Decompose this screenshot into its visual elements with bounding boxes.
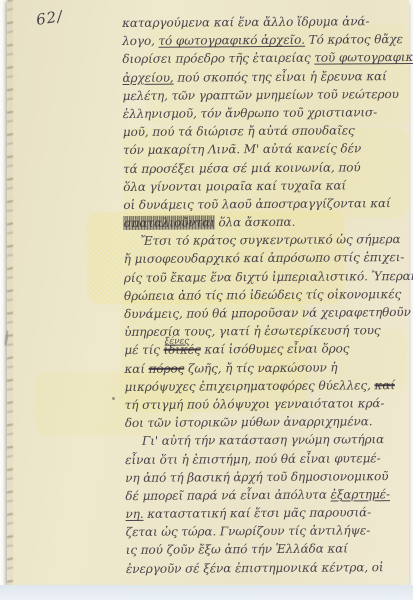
text-segment: ζεται ὡς τώρα. Γνωρίζουν τίς ἀντιλήψε- (126, 524, 371, 540)
manuscript-line: ἤ μισοφεουδαρχικό καί ἀπρόσωπο στίς ἐπιχ… (124, 248, 410, 268)
underline-text: ἀρχείου, (122, 70, 173, 84)
manuscript-line: λογο, τό φωτογραφικό ἀρχεῖο. Τό κράτος θ… (122, 30, 408, 50)
manuscript-line: νη ἀπό τή βασική ἀρχή τοῦ δημοσιονομικοῦ (125, 467, 411, 487)
manuscript-line: Γι' αὐτή τήν κατάσταση γνώμη σωτήρια (125, 430, 411, 450)
manuscript-line: μικρόψυχες ἐπιχειρηματοφόρες θύελλες, κα… (125, 376, 411, 396)
manuscript-line: εἶναι ὅτι ἡ ἐπιστήμη, πού θά εἶναι φυτεμ… (125, 448, 411, 468)
text-segment: ὅλα γίνονται μοιραῖα καί τυχαῖα καί (123, 178, 346, 194)
text-segment: ις πού ζοῦν ἔξω ἀπό τήν Ἑλλάδα καί (126, 542, 348, 558)
underline-text: τοῦ φωτογραφικοῦ (314, 50, 413, 65)
text-segment: τή στιγμή πού ὁλόψυχοι γενναιότατοι κρά- (125, 396, 385, 412)
text-segment: τόν μακαρίτη Λινᾶ. Μ' αὐτά κανείς δέν (123, 142, 361, 158)
scanner-background: 62/ καταργούμενα καί ἕνα ἄλλο ἵδρυμα ἀνά… (0, 0, 413, 600)
text-segment: ἑλληνισμοῦ, τόν ἄνθρωπο τοῦ χριστιανισ- (123, 105, 377, 121)
manuscript-line: δοι τῶν ἱστορικῶν μύθων ἀναρριχημένα. (125, 412, 411, 432)
paper-deckle-edge (7, 0, 13, 586)
text-segment: ὅλα ἄσκοπα. (215, 215, 296, 230)
strike-text: πόρος (149, 361, 185, 375)
underline-text: ἐξαρτημέ- (330, 487, 390, 501)
manuscript-line: οἱ δυνάμεις τοῦ λαοῦ ἀποστραγγίζονται κα… (123, 194, 409, 214)
text-segment: δυνάμεις, πού θά μποροῦσαν νά χειραφετηθ… (124, 305, 413, 321)
text-segment: διορίσει πρόεδρο τῆς ἑταιρείας (122, 51, 314, 66)
text-segment: ἤ μισοφεουδαρχικό καί ἀπρόσωπο στίς ἐπιχ… (124, 250, 405, 266)
manuscript-line: μοῦ, πού τά διώρισε ἤ αὐτά σπουδαῖες (123, 121, 409, 141)
text-segment: μοῦ, πού τά διώρισε ἤ αὐτά σπουδαῖες (123, 124, 355, 140)
text-segment: καί ἰσόθυμες εἶναι ὅρος (201, 342, 350, 357)
manuscript-line: δυνάμεις, πού θά μποροῦσαν νά χειραφετηθ… (124, 303, 410, 323)
text-segment: τά προσέξει μέσα σέ μιά κοινωνία, πού (123, 160, 361, 176)
manuscript-line: τόν μακαρίτη Λινᾶ. Μ' αὐτά κανείς δέν (123, 139, 409, 159)
manuscript-lines: καταργούμενα καί ἕνα ἄλλο ἵδρυμα ἀνά-λογ… (122, 12, 412, 578)
insert-text: ἰδικέςξένες (164, 343, 201, 357)
text-segment: μελέτη, τῶν γραπτῶν μνημείων τοῦ νεώτερο… (123, 87, 399, 103)
text-segment: πού σκοπός της εἶναι ἡ ἔρευνα καί (174, 69, 387, 84)
manuscript-line: ἑλληνισμοῦ, τόν ἄνθρωπο τοῦ χριστιανισ- (123, 103, 409, 123)
manuscript-line: διορίσει πρόεδρο τῆς ἑταιρείας τοῦ φωτογ… (122, 48, 408, 68)
manuscript-line: καί πόρος ζωῆς, ἤ τίς ναρκώσουν ἡ (124, 358, 410, 378)
text-segment: καταργούμενα καί ἕνα ἄλλο ἵδρυμα ἀνά- (122, 14, 369, 30)
manuscript-line: ἀρχείου, πού σκοπός της εἶναι ἡ ἔρευνα κ… (122, 67, 408, 87)
text-segment: μέ τίς (124, 343, 163, 357)
margin-ink-dot (112, 397, 115, 400)
text-segment: ζωῆς, ἤ τίς ναρκώσουν ἡ (184, 360, 337, 375)
text-segment: Τό κράτος θἄχε (305, 32, 403, 47)
inserted-word: ξένες (164, 333, 189, 351)
text-segment: εἶναι ὅτι ἡ ἐπιστήμη, πού θά εἶναι φυτεμ… (125, 451, 381, 467)
manuscript-line: καταργούμενα καί ἕνα ἄλλο ἵδρυμα ἀνά- (122, 12, 408, 32)
manuscript-line: δέ μπορεῖ παρά νά εἶναι ἀπόλυτα ἐξαρτημέ… (125, 485, 411, 505)
scribble-text: σπαταλιοῦνται (123, 215, 214, 230)
manuscript-line: Ἔτσι τό κράτος συγκεντρωτικό ὡς σήμερα (124, 230, 410, 250)
text-segment: δέ μπορεῖ παρά νά εἶναι ἀπόλυτα (125, 487, 330, 502)
text-segment: Ἔτσι τό κράτος συγκεντρωτικό ὡς σήμερα (141, 232, 401, 248)
manuscript-line: θρώπεια ἀπό τίς πιό ἰδεώδεις τίς οἰκονομ… (124, 285, 410, 305)
text-segment: λογο, (122, 34, 158, 48)
scan-bottom-strip (0, 585, 413, 600)
text-segment: Γι' αὐτή τήν κατάσταση γνώμη σωτήρια (142, 432, 384, 448)
manuscript-line: νη. καταστατική καί ἔτσι μᾶς παρουσιά- (125, 503, 411, 523)
text-segment: μικρόψυχες ἐπιχειρηματοφόρες θύελλες, (125, 378, 375, 394)
text-segment: καί (124, 361, 148, 375)
manuscript-line: μέ τίς ἰδικέςξένες καί ἰσόθυμες εἶναι ὅρ… (124, 339, 410, 359)
manuscript-line: ις πού ζοῦν ἔξω ἀπό τήν Ἑλλάδα καί (126, 539, 412, 559)
manuscript-line: ρίς τοῦ ἔκαμε ἕνα διχτύ ἰμπεριαλιστικό. … (124, 267, 410, 287)
manuscript-line: τά προσέξει μέσα σέ μιά κοινωνία, πού (123, 158, 409, 178)
text-segment: θρώπεια ἀπό τίς πιό ἰδεώδεις τίς οἰκονομ… (124, 287, 401, 303)
text-segment: οἱ δυνάμεις τοῦ λαοῦ ἀποστραγγίζονται κα… (123, 196, 390, 212)
manuscript-line: τή στιγμή πού ὁλόψυχοι γενναιότατοι κρά- (125, 394, 411, 414)
text-segment: ρίς τοῦ ἔκαμε ἕνα διχτύ ἰμπεριαλιστικό. … (124, 269, 413, 285)
text-segment: νη ἀπό τή βασική ἀρχή τοῦ δημοσιονομικοῦ (125, 469, 388, 485)
text-segment: ὑπηρεσία τους, γιατί ἡ ἐσωτερίκευσή τους (124, 323, 380, 339)
text-segment: δοι τῶν ἱστορικῶν μύθων ἀναρριχημένα. (125, 414, 373, 430)
manuscript-line: ζεται ὡς τώρα. Γνωρίζουν τίς ἀντιλήψε- (126, 521, 412, 541)
underline-text: τό φωτογραφικό ἀρχεῖο. (158, 33, 305, 48)
manuscript-line: ἐνεργοῦν σέ ξένα ἐπιστημονικά κέντρα, οἱ (126, 558, 412, 578)
manuscript-line: μελέτη, τῶν γραπτῶν μνημείων τοῦ νεώτερο… (123, 85, 409, 105)
underline-text: νη. (125, 507, 143, 521)
manuscript-line: ὅλα γίνονται μοιραῖα καί τυχαῖα καί (123, 176, 409, 196)
text-segment: καταστατική καί ἔτσι μᾶς παρουσιά- (143, 505, 371, 521)
manuscript-line: σπαταλιοῦνται ὅλα ἄσκοπα. (123, 212, 409, 232)
strike-text: καί (374, 378, 394, 392)
text-segment: ἐνεργοῦν σέ ξένα ἐπιστημονικά κέντρα, οἱ (126, 560, 384, 576)
